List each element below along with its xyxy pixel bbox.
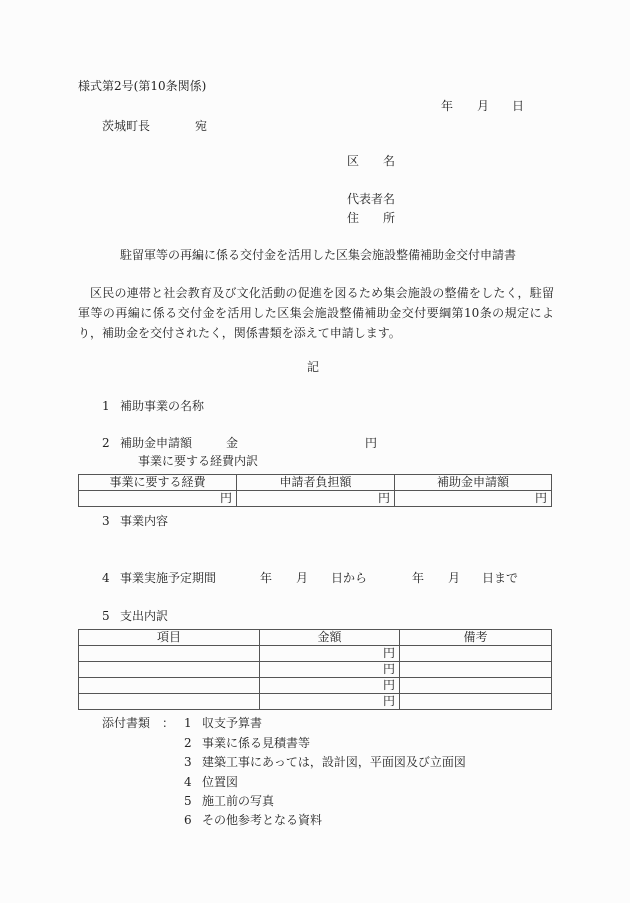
document-title: 駐留軍等の再編に係る交付金を活用した区集会施設整備補助金交付申請書 <box>120 249 516 261</box>
attachment-num: 5 <box>184 795 192 807</box>
period-end-year: 年 <box>412 572 424 584</box>
period-end-month: 月 <box>448 572 460 584</box>
addressee-name: 茨城町長 <box>102 120 150 132</box>
attachment-item: 収支予算書 <box>202 717 262 729</box>
form-id: 様式第2号(第10条関係) <box>78 80 206 92</box>
table-header-cell: 備考 <box>400 630 552 646</box>
item5-num: 5 <box>102 610 110 622</box>
period-start-year: 年 <box>260 572 272 584</box>
item-cell[interactable] <box>79 694 260 710</box>
attachment-num: 4 <box>184 776 192 788</box>
subsidy-amount-cell[interactable]: 円 <box>395 491 552 507</box>
remarks-cell[interactable] <box>400 662 552 678</box>
remarks-cell[interactable] <box>400 646 552 662</box>
table-header-cell: 金額 <box>260 630 400 646</box>
item1-label: 補助事業の名称 <box>120 400 204 412</box>
table-row: 円 円 円 <box>79 491 552 507</box>
item2-label: 補助金申請額 <box>120 437 192 449</box>
item3-label: 事業内容 <box>120 515 168 527</box>
table-row: 円 <box>79 646 552 662</box>
attachment-num: 6 <box>184 814 192 826</box>
body-paragraph: 区民の連帯と社会教育及び文化活動の促進を図るため集会施設の整備をしたく，駐留軍等… <box>78 283 554 343</box>
attachment-item: 事業に係る見積書等 <box>202 737 310 749</box>
amount-cell[interactable]: 円 <box>260 662 400 678</box>
item5-label: 支出内訳 <box>120 610 168 622</box>
ki-heading: 記 <box>307 361 319 373</box>
table-row: 円 <box>79 662 552 678</box>
date-month: 月 <box>477 100 489 112</box>
period-start-day: 日から <box>331 572 367 584</box>
attachment-item: 位置図 <box>202 776 238 788</box>
remarks-cell[interactable] <box>400 678 552 694</box>
item-cell[interactable] <box>79 678 260 694</box>
remarks-cell[interactable] <box>400 694 552 710</box>
period-end-day: 日まで <box>482 572 518 584</box>
applicant-share-cell[interactable]: 円 <box>237 491 395 507</box>
item2-yen: 円 <box>365 437 377 449</box>
table-header-row: 事業に要する経費 申請者負担額 補助金申請額 <box>79 475 552 491</box>
date-day: 日 <box>512 100 524 112</box>
table-header-row: 項目 金額 備考 <box>79 630 552 646</box>
representative-label: 代表者名 <box>347 193 395 205</box>
item4-label: 事業実施予定期間 <box>120 572 216 584</box>
table-header-cell: 項目 <box>79 630 260 646</box>
table-header-cell: 申請者負担額 <box>237 475 395 491</box>
expense-breakdown-table: 項目 金額 備考 円 円 円 円 <box>78 629 552 710</box>
attachments-label: 添付書類 <box>102 717 150 729</box>
date-year: 年 <box>441 100 453 112</box>
period-start-month: 月 <box>296 572 308 584</box>
amount-cell[interactable]: 円 <box>260 646 400 662</box>
total-cost-cell[interactable]: 円 <box>79 491 237 507</box>
addressee-suffix: 宛 <box>195 120 207 132</box>
attachment-num: 3 <box>184 756 192 768</box>
table-header-cell: 事業に要する経費 <box>79 475 237 491</box>
district-label: 区 名 <box>347 155 395 167</box>
item-cell[interactable] <box>79 662 260 678</box>
item2-kin: 金 <box>226 437 238 449</box>
table-row: 円 <box>79 678 552 694</box>
address-label: 住 所 <box>347 212 395 224</box>
item4-num: 4 <box>102 572 110 584</box>
attachment-item: 建築工事にあっては，設計図，平面図及び立面図 <box>202 756 466 768</box>
item3-num: 3 <box>102 515 110 527</box>
cost-breakdown-table: 事業に要する経費 申請者負担額 補助金申請額 円 円 円 <box>78 474 552 507</box>
attachment-num: 2 <box>184 737 192 749</box>
item2-num: 2 <box>102 437 110 449</box>
amount-cell[interactable]: 円 <box>260 694 400 710</box>
item-cell[interactable] <box>79 646 260 662</box>
attachment-num: 1 <box>184 717 192 729</box>
attachment-item: 施工前の写真 <box>202 795 274 807</box>
table-header-cell: 補助金申請額 <box>395 475 552 491</box>
item1-num: 1 <box>102 400 110 412</box>
attachments-colon: ： <box>162 717 174 729</box>
attachment-item: その他参考となる資料 <box>202 814 322 826</box>
table-row: 円 <box>79 694 552 710</box>
item2-sub-label: 事業に要する経費内訳 <box>138 455 258 467</box>
amount-cell[interactable]: 円 <box>260 678 400 694</box>
